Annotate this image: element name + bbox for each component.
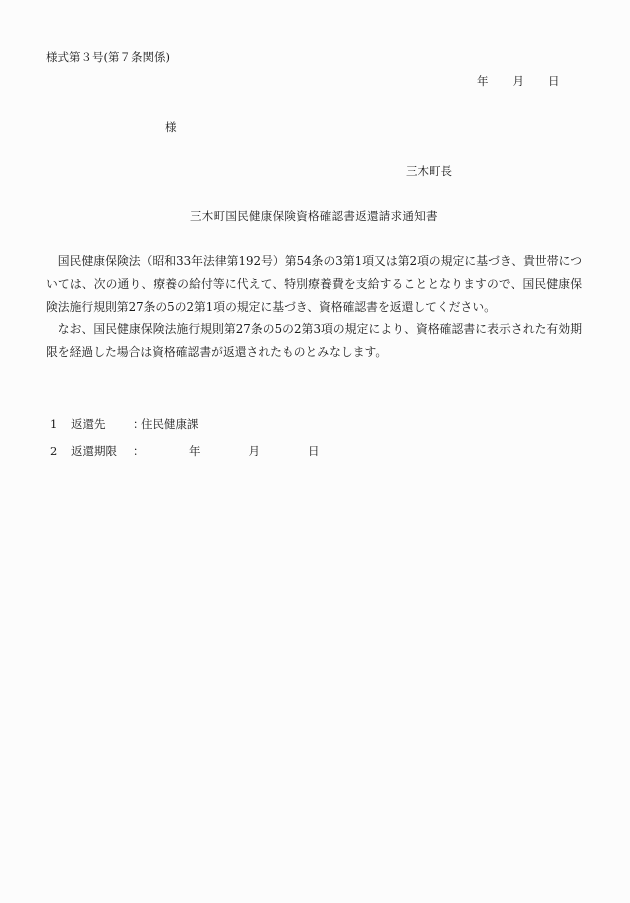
item-number: 2 [50,444,71,458]
item-separator: ： [133,417,141,431]
addressee-honorific: 様 [165,120,177,134]
deadline-month-label: 月 [249,444,261,458]
item-return-destination: 1 返還先 ： 住民健康課 [50,417,320,444]
item-value: 住民健康課 [141,417,199,431]
date-year-label: 年 [477,74,489,88]
document-page: 様式第３号(第７条関係) 年月日 様 三木町長 三木町国民健康保険資格確認書返還… [0,0,630,903]
issuer-name: 三木町長 [406,164,452,178]
issue-date-line: 年月日 [477,74,560,88]
item-separator: ： [133,444,141,458]
item-label: 返還先 [71,417,133,431]
document-title: 三木町国民健康保険資格確認書返還請求通知書 [190,209,438,223]
deadline-year-label: 年 [189,444,201,458]
item-list: 1 返還先 ： 住民健康課 2 返還期限 ： 年月日 [50,417,320,471]
form-number: 様式第３号(第７条関係) [46,50,170,64]
date-day-label: 日 [548,74,560,88]
body-paragraph: 国民健康保険法（昭和33年法律第192号）第54条の3第1項又は第2項の規定に基… [46,250,582,318]
item-return-deadline: 2 返還期限 ： 年月日 [50,444,320,471]
date-month-label: 月 [513,74,525,88]
deadline-date-fields: 年月日 [141,444,320,458]
item-label: 返還期限 [71,444,133,458]
body-text: 国民健康保険法（昭和33年法律第192号）第54条の3第1項又は第2項の規定に基… [46,250,582,364]
item-number: 1 [50,417,71,431]
body-paragraph: なお、国民健康保険法施行規則第27条の5の2第3項の規定により、資格確認書に表示… [46,318,582,364]
deadline-day-label: 日 [308,444,320,458]
